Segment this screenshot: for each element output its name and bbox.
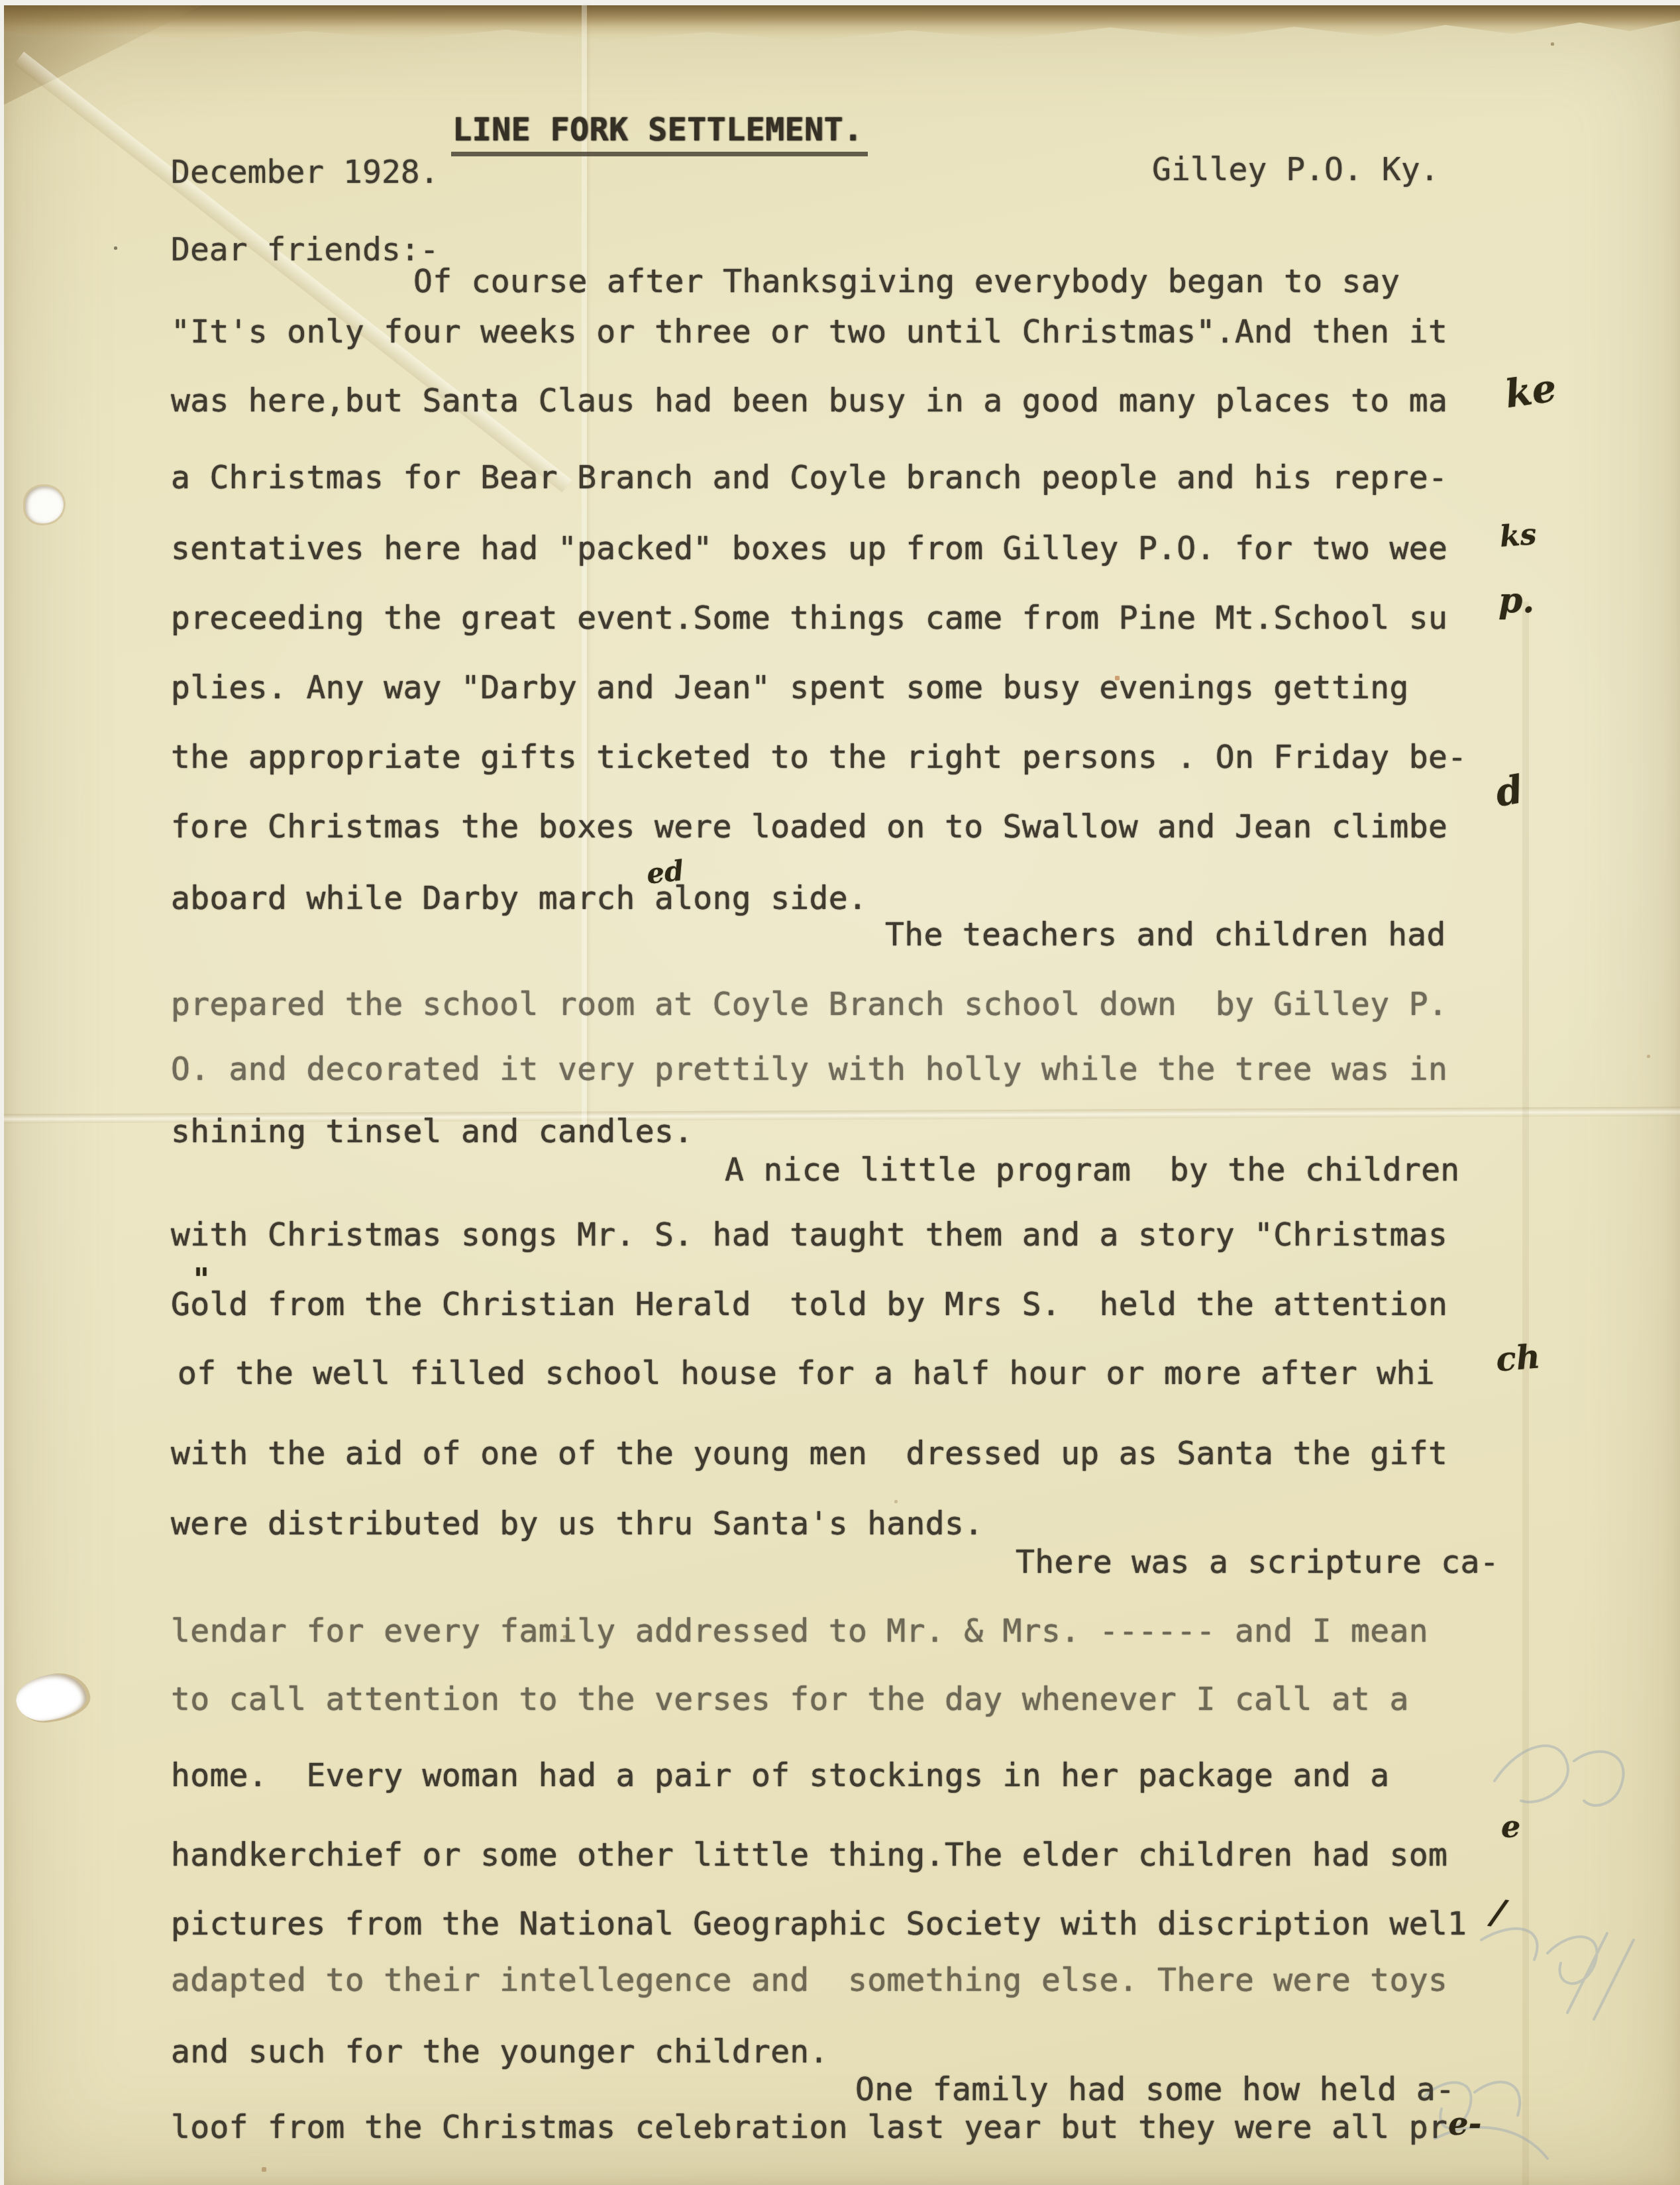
scan-background: LINE FORK SETTLEMENT. December 1928. Gil… xyxy=(0,0,1680,2185)
typed-line: preceeding the great event.Some things c… xyxy=(171,602,1447,636)
handwritten-ink-correction: " xyxy=(193,1261,209,1297)
typed-line: with the aid of one of the young men dre… xyxy=(171,1437,1447,1471)
letter-title: LINE FORK SETTLEMENT. xyxy=(451,111,868,156)
typed-line: were distributed by us thru Santa's hand… xyxy=(171,1507,983,1542)
typed-line: loof from the Christmas celebration last… xyxy=(171,2111,1447,2145)
typed-line: shining tinsel and candles. xyxy=(171,1115,693,1149)
typed-line: sentatives here had "packed" boxes up fr… xyxy=(171,532,1447,566)
typed-line: to call attention to the verses for the … xyxy=(171,1683,1409,1717)
typed-line: pictures from the National Geographic So… xyxy=(171,1907,1467,1942)
punch-hole-bottom-torn xyxy=(13,1671,88,1724)
handwritten-ink-correction: ed xyxy=(645,854,686,890)
typed-line: aboard while Darby march along side. xyxy=(171,882,867,916)
handwritten-ink-correction: e- xyxy=(1448,2105,1481,2143)
punch-hole-top xyxy=(25,486,64,523)
handwritten-ink-correction: e xyxy=(1501,1809,1520,1844)
handwritten-ink-correction: ke xyxy=(1502,365,1559,417)
typed-line: prepared the school room at Coyle Branch… xyxy=(171,988,1447,1022)
vertical-fold-crease xyxy=(582,5,587,1132)
typed-line: adapted to their intellegence and someth… xyxy=(171,1964,1447,1998)
typed-line: a Christmas for Bear Branch and Coyle br… xyxy=(171,461,1447,496)
typed-line: lendar for every family addressed to Mr.… xyxy=(171,1615,1428,1649)
typed-line: Of course after Thanksgiving everybody b… xyxy=(413,265,1400,299)
handwritten-ink-correction: ch xyxy=(1495,1336,1542,1379)
salutation: Dear friends:- xyxy=(171,231,439,268)
typed-line: was here,but Santa Claus had been busy i… xyxy=(171,384,1447,419)
handwritten-ink-correction: ks xyxy=(1498,517,1538,554)
corner-crease xyxy=(4,5,203,105)
letter-page: LINE FORK SETTLEMENT. December 1928. Gil… xyxy=(4,5,1680,2185)
typed-line: of the well filled school house for a ha… xyxy=(178,1357,1435,1391)
typed-line: A nice little program by the children xyxy=(725,1153,1460,1188)
typed-line: "It's only four weeks or three or two un… xyxy=(171,315,1447,350)
date-line: December 1928. xyxy=(171,154,439,191)
typed-line: with Christmas songs Mr. S. had taught t… xyxy=(171,1218,1447,1253)
paper-stain-specks xyxy=(4,5,5,6)
typed-line: Gold from the Christian Herald told by M… xyxy=(171,1288,1447,1322)
typed-line: handkerchief or some other little thing.… xyxy=(171,1839,1447,1873)
typed-line: the appropriate gifts ticketed to the ri… xyxy=(171,741,1467,775)
handwritten-ink-correction: d xyxy=(1492,767,1526,816)
typed-line: O. and decorated it very prettily with h… xyxy=(171,1053,1447,1087)
typed-line: The teachers and children had xyxy=(885,918,1446,953)
torn-top-edge xyxy=(4,5,1680,41)
typed-line: fore Christmas the boxes were loaded on … xyxy=(171,810,1447,845)
typed-line: and such for the younger children. xyxy=(171,2035,829,2070)
typed-line: home. Every woman had a pair of stocking… xyxy=(171,1759,1390,1793)
handwritten-ink-correction: p. xyxy=(1498,580,1534,621)
typed-line: One family had some how held a- xyxy=(855,2073,1455,2107)
place-line: Gilley P.O. Ky. xyxy=(1152,151,1439,188)
typed-line: plies. Any way "Darby and Jean" spent so… xyxy=(171,671,1409,706)
typed-line: There was a scripture ca- xyxy=(1016,1546,1499,1580)
